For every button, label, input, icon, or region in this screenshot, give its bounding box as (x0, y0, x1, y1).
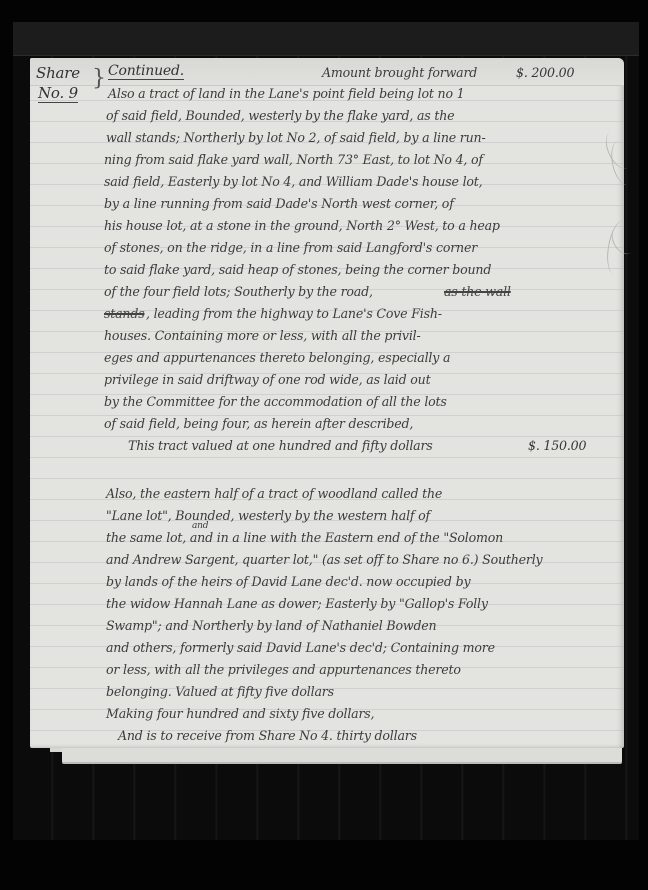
text-line: by the Committee for the accommodation o… (104, 396, 447, 409)
brace-mark: } (92, 66, 106, 91)
amount-brought-forward-value: $. 200.00 (516, 67, 574, 80)
text-line: wall stands; Northerly by lot No 2, of s… (106, 132, 486, 145)
text-line: and Andrew Sargent, quarter lot," (as se… (106, 554, 542, 567)
text-line: the widow Hannah Lane as dower; Easterly… (106, 598, 488, 611)
text-line: of stones, on the ridge, in a line from … (104, 242, 477, 255)
tract-value: $. 150.00 (528, 440, 586, 453)
text-line: of said field, Bounded, westerly by the … (106, 110, 454, 123)
text-line: his house lot, at a stone in the ground,… (104, 220, 500, 233)
share-number: No. 9 (38, 86, 78, 103)
text-line: eges and appurtenances thereto belonging… (104, 352, 450, 365)
text-line: Swamp"; and Northerly by land of Nathani… (106, 620, 436, 633)
text-line: Also a tract of land in the Lane's point… (108, 88, 464, 101)
text-line: Also, the eastern half of a tract of woo… (106, 488, 442, 501)
text-line: belonging. Valued at fifty five dollars (106, 686, 334, 699)
text-line: of the four field lots; Southerly by the… (104, 286, 373, 299)
text-line: the same lot, and in a line with the Eas… (106, 532, 503, 545)
text-line: or less, with all the privileges and app… (106, 664, 461, 677)
text-line: "Lane lot", Bounded, westerly by the wes… (106, 510, 430, 523)
text-line: of said field, being four, as herein aft… (104, 418, 413, 431)
struck-text: stands (104, 308, 144, 321)
struck-text: as the wall (444, 286, 511, 299)
book-spine-top (13, 22, 639, 56)
text-line: houses. Containing more or less, with al… (104, 330, 421, 343)
scanned-document: Share No. 9 } Continued. Amount brought … (0, 0, 648, 890)
text-line: And is to receive from Share No 4. thirt… (118, 730, 417, 743)
continued-heading: Continued. (108, 64, 184, 80)
share-label: Share (36, 66, 80, 81)
text-line: said field, Easterly by lot No 4, and Wi… (104, 176, 482, 189)
amount-brought-forward-label: Amount brought forward (322, 67, 477, 80)
text-line: Making four hundred and sixty five dolla… (106, 708, 374, 721)
text-line: to said flake yard, said heap of stones,… (104, 264, 491, 277)
text-line: by a line running from said Dade's North… (104, 198, 454, 211)
text-line: This tract valued at one hundred and fif… (128, 440, 433, 453)
text-line: privilege in said driftway of one rod wi… (104, 374, 430, 387)
text-line: by lands of the heirs of David Lane dec'… (106, 576, 470, 589)
text-line: ning from said flake yard wall, North 73… (104, 154, 483, 167)
text-line: and others, formerly said David Lane's d… (106, 642, 495, 655)
text-line: , leading from the highway to Lane's Cov… (146, 308, 442, 321)
